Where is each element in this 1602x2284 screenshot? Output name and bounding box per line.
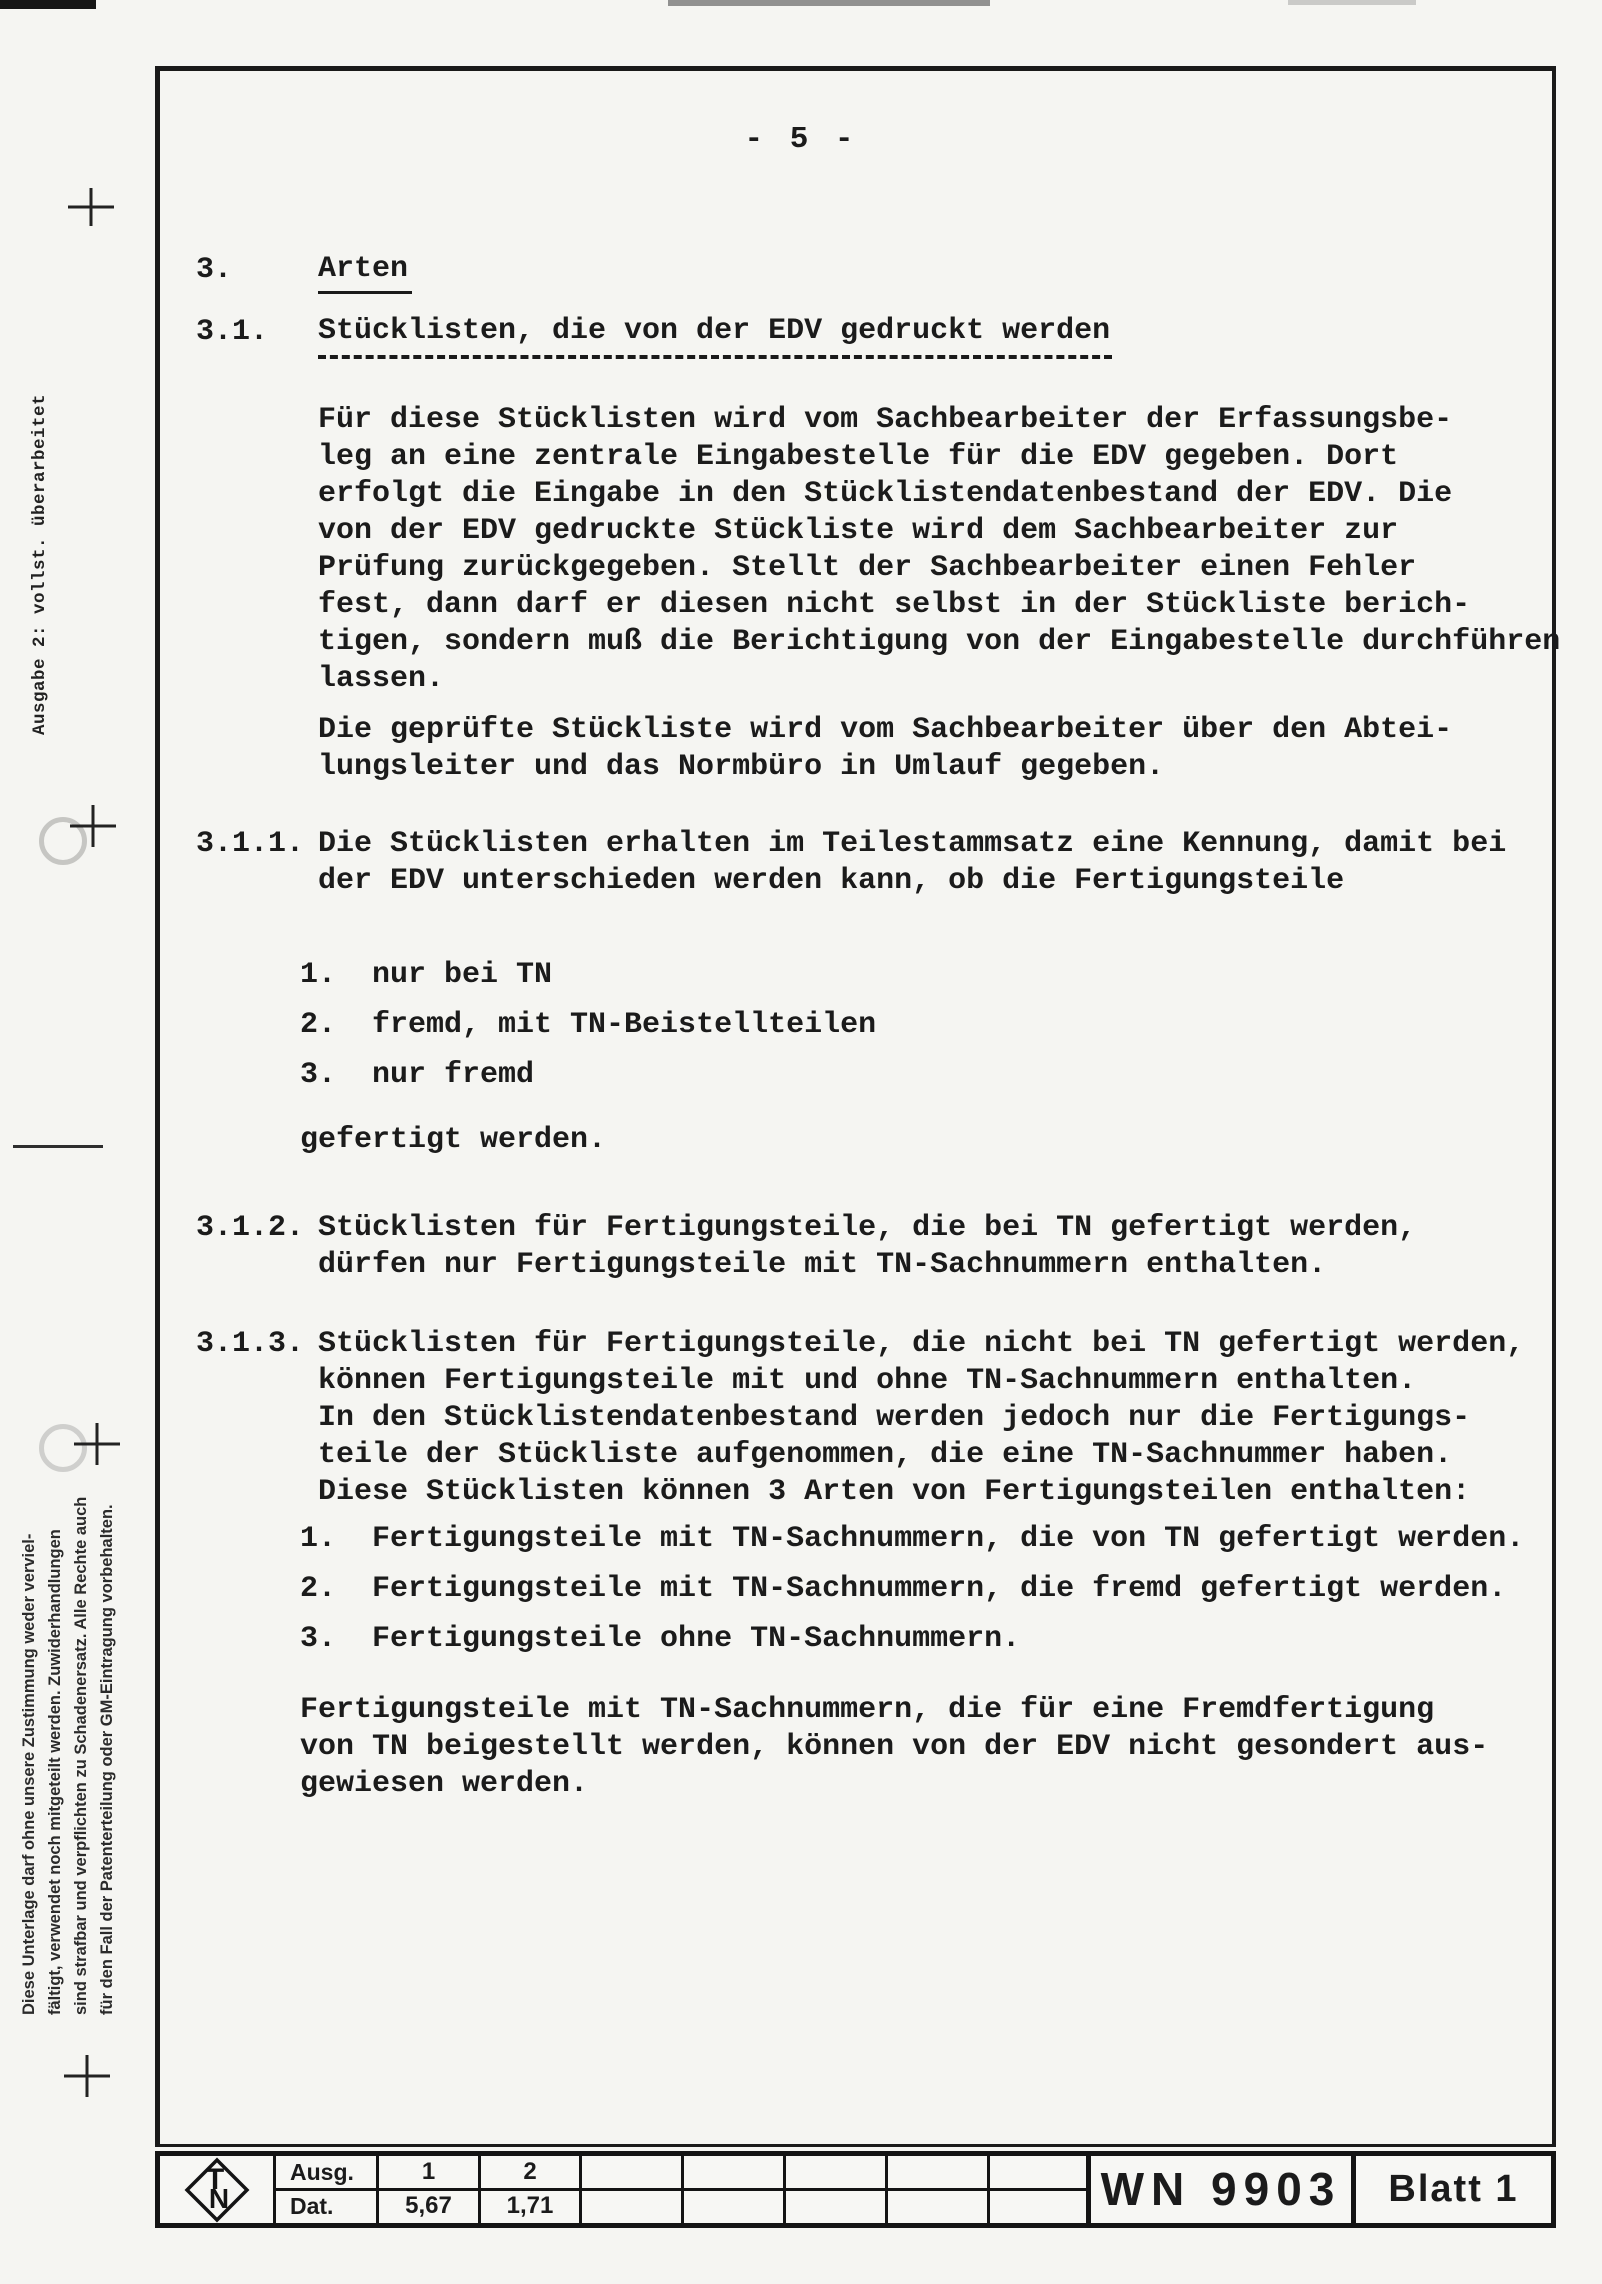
registration-cross-icon — [70, 803, 116, 849]
paragraph: Für diese Stücklisten wird vom Sachbearb… — [318, 402, 1588, 698]
numbered-list: 1. nur bei TN 2. fremd, mit TN-Beistellt… — [300, 950, 1540, 1100]
section-31-number: 3.1. — [196, 314, 268, 351]
page-number: - 5 - — [701, 122, 901, 157]
section-3-number: 3. — [196, 252, 232, 289]
dat-label: Dat. — [290, 2193, 333, 2220]
legal-notice: Diese Unterlage darf ohne unsere Zustimm… — [16, 1427, 120, 2015]
paragraph: Die geprüfte Stückliste wird vom Sachbea… — [318, 712, 1558, 786]
section-31-title: Stücklisten, die von der EDV gedruckt we… — [318, 314, 1112, 359]
document-number: WN 9903 — [1091, 2156, 1351, 2223]
section-3-title: Arten — [318, 252, 412, 294]
section-31-title-text: Stücklisten, die von der EDV gedruckt we… — [318, 314, 1112, 359]
logo-cell: T N — [160, 2156, 273, 2223]
title-block: T N Ausg. Dat. 1 5,67 2 1,71 WN 9903 — [155, 2151, 1556, 2228]
paragraph: Stücklisten für Fertigungsteile, die nic… — [318, 1326, 1558, 1511]
fold-mark — [13, 1145, 103, 1148]
paragraph: Fertigungsteile mit TN-Sachnummern, die … — [300, 1692, 1570, 1803]
dat-value-1: 5,67 — [379, 2192, 478, 2220]
ausg-label: Ausg. — [290, 2159, 354, 2186]
tn-logo: T N — [184, 2157, 250, 2223]
scan-smudge — [668, 0, 990, 6]
ausg-value-2: 2 — [481, 2158, 579, 2186]
document-frame — [155, 66, 1556, 2147]
scan-smudge — [0, 0, 96, 9]
section-313-number: 3.1.3. — [196, 1326, 304, 1363]
registration-cross-icon — [68, 184, 114, 230]
paragraph: Die Stücklisten erhalten im Teilestammsa… — [318, 826, 1558, 900]
numbered-list: 1. Fertigungsteile mit TN-Sachnummern, d… — [300, 1514, 1590, 1664]
document-number-cell: WN 9903 — [1086, 2156, 1351, 2223]
section-311-number: 3.1.1. — [196, 826, 304, 863]
registration-cross-icon — [64, 2053, 110, 2099]
sheet-number-cell: Blatt 1 — [1351, 2156, 1551, 2223]
section-312-number: 3.1.2. — [196, 1210, 304, 1247]
row-divider — [273, 2188, 1086, 2191]
ausg-value-1: 1 — [379, 2158, 478, 2186]
scan-smudge — [1288, 0, 1416, 5]
sheet-number: Blatt 1 — [1356, 2156, 1551, 2223]
section-3-title-text: Arten — [318, 252, 412, 294]
paragraph: Stücklisten für Fertigungsteile, die bei… — [318, 1210, 1558, 1284]
edition-note: Ausgabe 2: vollst. überarbeitet — [30, 400, 50, 735]
tn-logo-letter-n: N — [209, 2183, 229, 2214]
dat-value-2: 1,71 — [481, 2192, 579, 2220]
paragraph: gefertigt werden. — [300, 1122, 1540, 1159]
scanned-document-page: Ausgabe 2: vollst. überarbeitet Diese Un… — [0, 0, 1602, 2284]
